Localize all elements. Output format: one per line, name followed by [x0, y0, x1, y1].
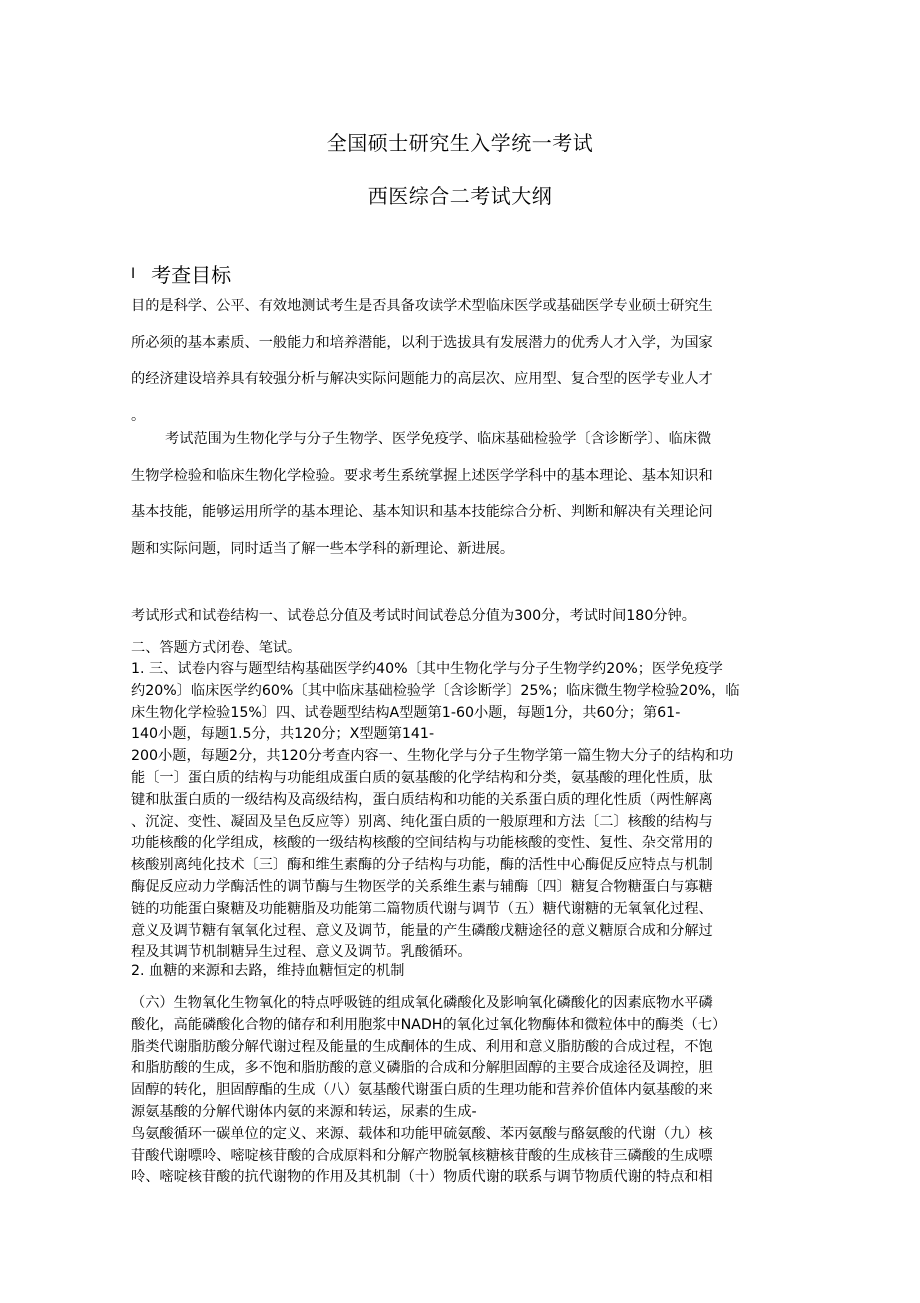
text-line: 固醇的转化，胆固醇酯的生成（八）氨基酸代谢蛋白质的生理功能和营养价值体内氨基酸的…	[131, 1080, 776, 1102]
text-line: 的经济建设培养具有较强分析与解决实际问题能力的高层次、应用型、复合型的医学专业人…	[131, 361, 776, 398]
text-line: 生物学检验和临床生物化学检验。要求考生系统掌握上述医学学科中的基本理论、基本知识…	[131, 458, 776, 495]
document-subtitle: 西医综合二考试大纲	[0, 180, 920, 209]
text-line: 考试范围为生物化学与分子生物学、医学免疫学、临床基础检验学〔含诊断学〕、临床微	[131, 421, 776, 458]
answer-mode-line: 二、答题方式闭卷、笔试。	[131, 637, 301, 657]
text-line: 140小题，每题1.5分，共120分；X型题第141-	[131, 724, 776, 746]
item-2-line: 2. 血糖的来源和去路，维持血糖恒定的机制	[131, 960, 404, 980]
text-line: 意义及调节糖有氧氧化过程、意义及调节，能量的产生磷酸戊糖途径的意义糖原合成和分解…	[131, 921, 776, 943]
text-line: 苷酸代谢嘌呤、嘧啶核苷酸的合成原料和分解产物脱氧核糖核苷酸的生成核苷三磷酸的生成…	[131, 1146, 776, 1168]
document-title: 全国硕士研究生入学统一考试	[0, 127, 920, 156]
text-line: 题和实际问题，同时适当了解一些本学科的新理论、新进展。	[131, 531, 776, 568]
text-line: 链的功能蛋白聚糖及功能糖脂及功能第二篇物质代谢与调节（五）糖代谢糖的无氧氧化过程…	[131, 899, 776, 921]
section-number: I	[131, 266, 135, 282]
text-line: 脂类代谢脂肪酸分解代谢过程及能量的生成酮体的生成、利用和意义脂肪酸的合成过程，不…	[131, 1037, 776, 1059]
text-line: 键和肽蛋白质的一级结构及高级结构，蛋白质结构和功能的关系蛋白质的理化性质（两性解…	[131, 790, 776, 812]
section-heading-text: 考查目标	[151, 259, 231, 288]
text-line: 200小题，每题2分，共120分考查内容一、生物化学与分子生物学第一篇生物大分子…	[131, 746, 776, 768]
text-line: 功能核酸的化学组成，核酸的一级结构核酸的空间结构与功能核酸的变性、复性、杂交常用…	[131, 833, 776, 855]
paragraph-objective: 目的是科学、公平、有效地测试考生是否具备攻读学术型临床医学或基础医学专业硕士研究…	[131, 288, 776, 434]
text-line: 源氨基酸的分解代谢体内氨的来源和转运，尿素的生成-	[131, 1102, 776, 1124]
text-line: 核酸别离纯化技术〔三〕酶和维生素酶的分子结构与功能，酶的活性中心酶促反应特点与机…	[131, 855, 776, 877]
text-line: 酸化，高能磷酸化合物的储存和利用胞浆中NADH的氧化过氧化物酶体和微粒体中的酶类…	[131, 1015, 776, 1037]
document-page: 全国硕士研究生入学统一考试 西医综合二考试大纲 I 考查目标 目的是科学、公平、…	[0, 0, 920, 1303]
text-line: 能〔一〕蛋白质的结构与功能组成蛋白质的氨基酸的化学结构和分类，氨基酸的理化性质，…	[131, 768, 776, 790]
text-line: （六）生物氧化生物氧化的特点呼吸链的组成氧化磷酸化及影响氧化磷酸化的因素底物水平…	[131, 993, 776, 1015]
paragraph-content-2: （六）生物氧化生物氧化的特点呼吸链的组成氧化磷酸化及影响氧化磷酸化的因素底物水平…	[131, 993, 776, 1189]
exam-form-line: 考试形式和试卷结构一、试卷总分值及考试时间试卷总分值为300分，考试时间180分…	[131, 605, 696, 625]
text-line: 目的是科学、公平、有效地测试考生是否具备攻读学术型临床医学或基础医学专业硕士研究…	[131, 288, 776, 325]
text-line: 床生物化学检验15%〕四、试卷题型结构A型题第1-60小题，每题1分，共60分；…	[131, 703, 776, 725]
paragraph-scope: 考试范围为生物化学与分子生物学、医学免疫学、临床基础检验学〔含诊断学〕、临床微 …	[131, 421, 776, 567]
text-line: 基本技能，能够运用所学的基本理论、基本知识和基本技能综合分析、判断和解决有关理论…	[131, 494, 776, 531]
text-line: 约20%〕临床医学约60%〔其中临床基础检验学〔含诊断学〕25%；临床微生物学检…	[131, 681, 776, 703]
section-heading: I 考查目标	[131, 259, 231, 288]
text-line: 呤、嘧啶核苷酸的抗代谢物的作用及其机制（十）物质代谢的联系与调节物质代谢的特点和…	[131, 1167, 776, 1189]
text-line: 、沉淀、变性、凝固及呈色反应等）别离、纯化蛋白质的一般原理和方法〔二〕核酸的结构…	[131, 812, 776, 834]
paragraph-content-1: 1. 三、试卷内容与题型结构基础医学约40%〔其中生物化学与分子生物学约20%；…	[131, 659, 776, 964]
text-line: 1. 三、试卷内容与题型结构基础医学约40%〔其中生物化学与分子生物学约20%；…	[131, 659, 776, 681]
text-line: 鸟氨酸循环一碳单位的定义、来源、载体和功能甲硫氨酸、苯丙氨酸与酪氨酸的代谢（九）…	[131, 1124, 776, 1146]
text-line: 和脂肪酸的生成，多不饱和脂肪酸的意义磷脂的合成和分解胆固醇的主要合成途径及调控，…	[131, 1058, 776, 1080]
text-line: 酶促反应动力学酶活性的调节酶与生物医学的关系维生素与辅酶〔四〕糖复合物糖蛋白与寡…	[131, 877, 776, 899]
text-line: 所必须的基本素质、一般能力和培养潜能，以利于选拔具有发展潜力的优秀人才入学，为国…	[131, 325, 776, 362]
